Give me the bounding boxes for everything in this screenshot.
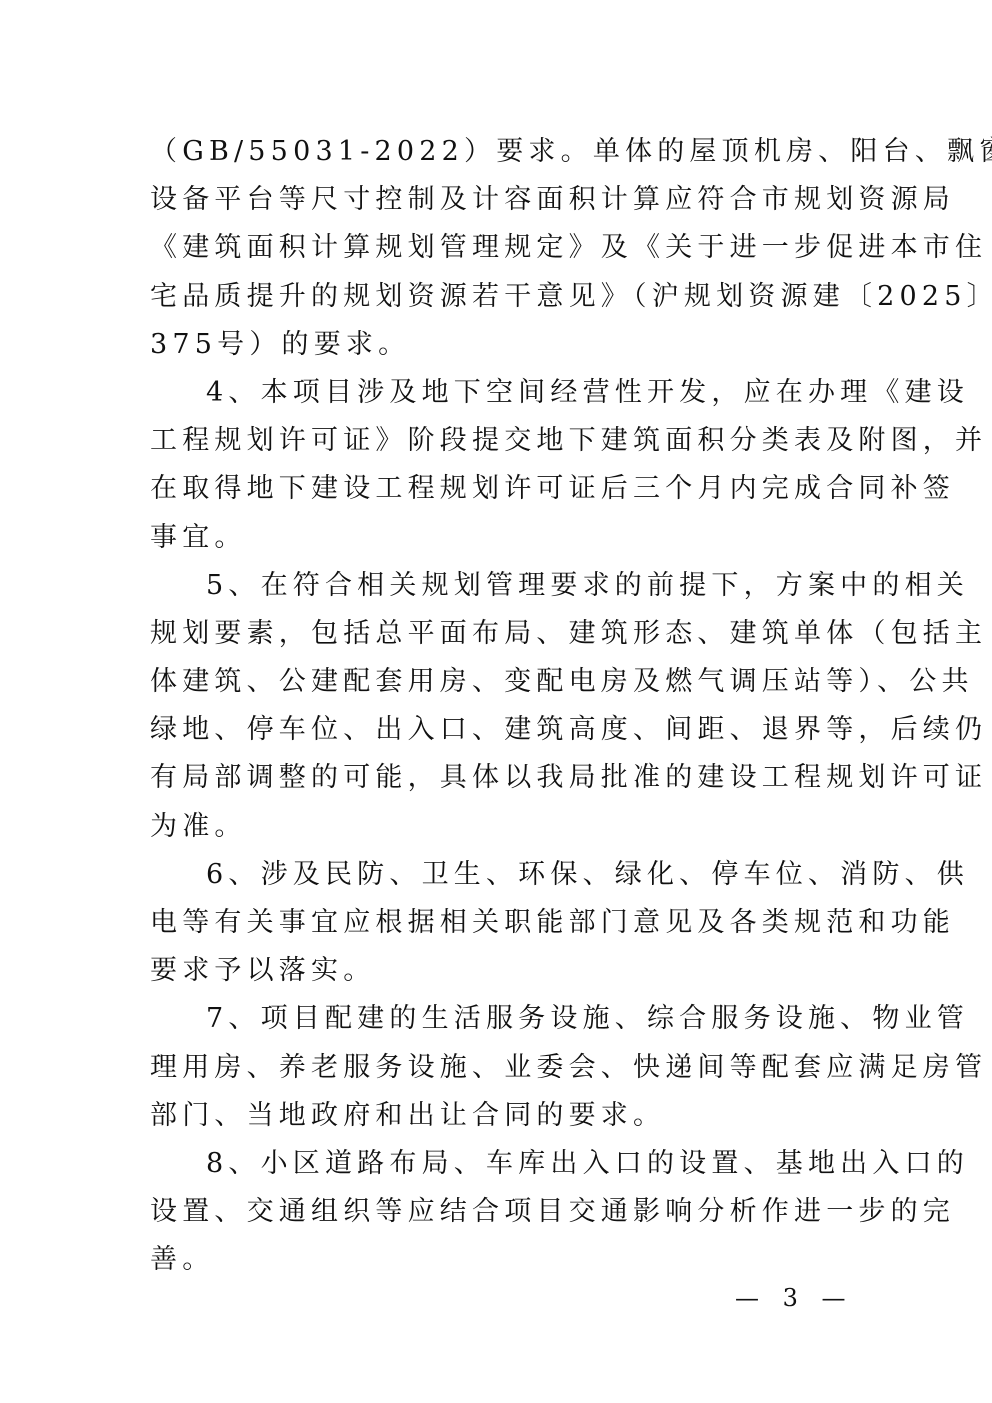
list-item-4: 4、本项目涉及地下空间经营性开发，应在办理《建设 工程规划许可证》阶段提交地下建… (150, 369, 850, 562)
text-line: （GB/55031-2022）要求。单体的屋顶机房、阳台、飘窗、 (150, 128, 850, 176)
text-line: 7、项目配建的生活服务设施、综合服务设施、物业管 (150, 995, 850, 1043)
text-line: 375号）的要求。 (150, 321, 850, 369)
text-line: 《建筑面积计算规划管理规定》及《关于进一步促进本市住 (150, 224, 850, 272)
text-line: 设置、交通组织等应结合项目交通影响分析作进一步的完 (150, 1188, 850, 1236)
text-line: 在取得地下建设工程规划许可证后三个月内完成合同补签 (150, 465, 850, 513)
text-line: 5、在符合相关规划管理要求的前提下，方案中的相关 (150, 562, 850, 610)
document-page: （GB/55031-2022）要求。单体的屋顶机房、阳台、飘窗、 设备平台等尺寸… (0, 0, 992, 1403)
text-line: 宅品质提升的规划资源若干意见》（沪规划资源建〔2025〕 (150, 273, 850, 321)
text-line: 理用房、养老服务设施、业委会、快递间等配套应满足房管 (150, 1044, 850, 1092)
text-line: 绿地、停车位、出入口、建筑高度、间距、退界等，后续仍 (150, 706, 850, 754)
text-line: 善。 (150, 1236, 850, 1284)
list-item-5: 5、在符合相关规划管理要求的前提下，方案中的相关 规划要素，包括总平面布局、建筑… (150, 562, 850, 851)
list-item-7: 7、项目配建的生活服务设施、综合服务设施、物业管 理用房、养老服务设施、业委会、… (150, 995, 850, 1140)
text-line: 部门、当地政府和出让合同的要求。 (150, 1092, 850, 1140)
text-line: 事宜。 (150, 514, 850, 562)
paragraph-continued: （GB/55031-2022）要求。单体的屋顶机房、阳台、飘窗、 设备平台等尺寸… (150, 128, 850, 369)
text-line: 工程规划许可证》阶段提交地下建筑面积分类表及附图，并 (150, 417, 850, 465)
text-line: 电等有关事宜应根据相关职能部门意见及各类规范和功能 (150, 899, 850, 947)
list-item-8: 8、小区道路布局、车库出入口的设置、基地出入口的 设置、交通组织等应结合项目交通… (150, 1140, 850, 1285)
text-line: 要求予以落实。 (150, 947, 850, 995)
document-body: （GB/55031-2022）要求。单体的屋顶机房、阳台、飘窗、 设备平台等尺寸… (150, 128, 850, 1285)
text-line: 8、小区道路布局、车库出入口的设置、基地出入口的 (150, 1140, 850, 1188)
text-line: 设备平台等尺寸控制及计容面积计算应符合市规划资源局 (150, 176, 850, 224)
page-number: — 3 — (735, 1284, 854, 1312)
text-line: 4、本项目涉及地下空间经营性开发，应在办理《建设 (150, 369, 850, 417)
text-line: 6、涉及民防、卫生、环保、绿化、停车位、消防、供 (150, 851, 850, 899)
text-line: 规划要素，包括总平面布局、建筑形态、建筑单体（包括主 (150, 610, 850, 658)
text-line: 体建筑、公建配套用房、变配电房及燃气调压站等）、公共 (150, 658, 850, 706)
text-line: 有局部调整的可能，具体以我局批准的建设工程规划许可证 (150, 754, 850, 802)
text-line: 为准。 (150, 803, 850, 851)
list-item-6: 6、涉及民防、卫生、环保、绿化、停车位、消防、供 电等有关事宜应根据相关职能部门… (150, 851, 850, 996)
